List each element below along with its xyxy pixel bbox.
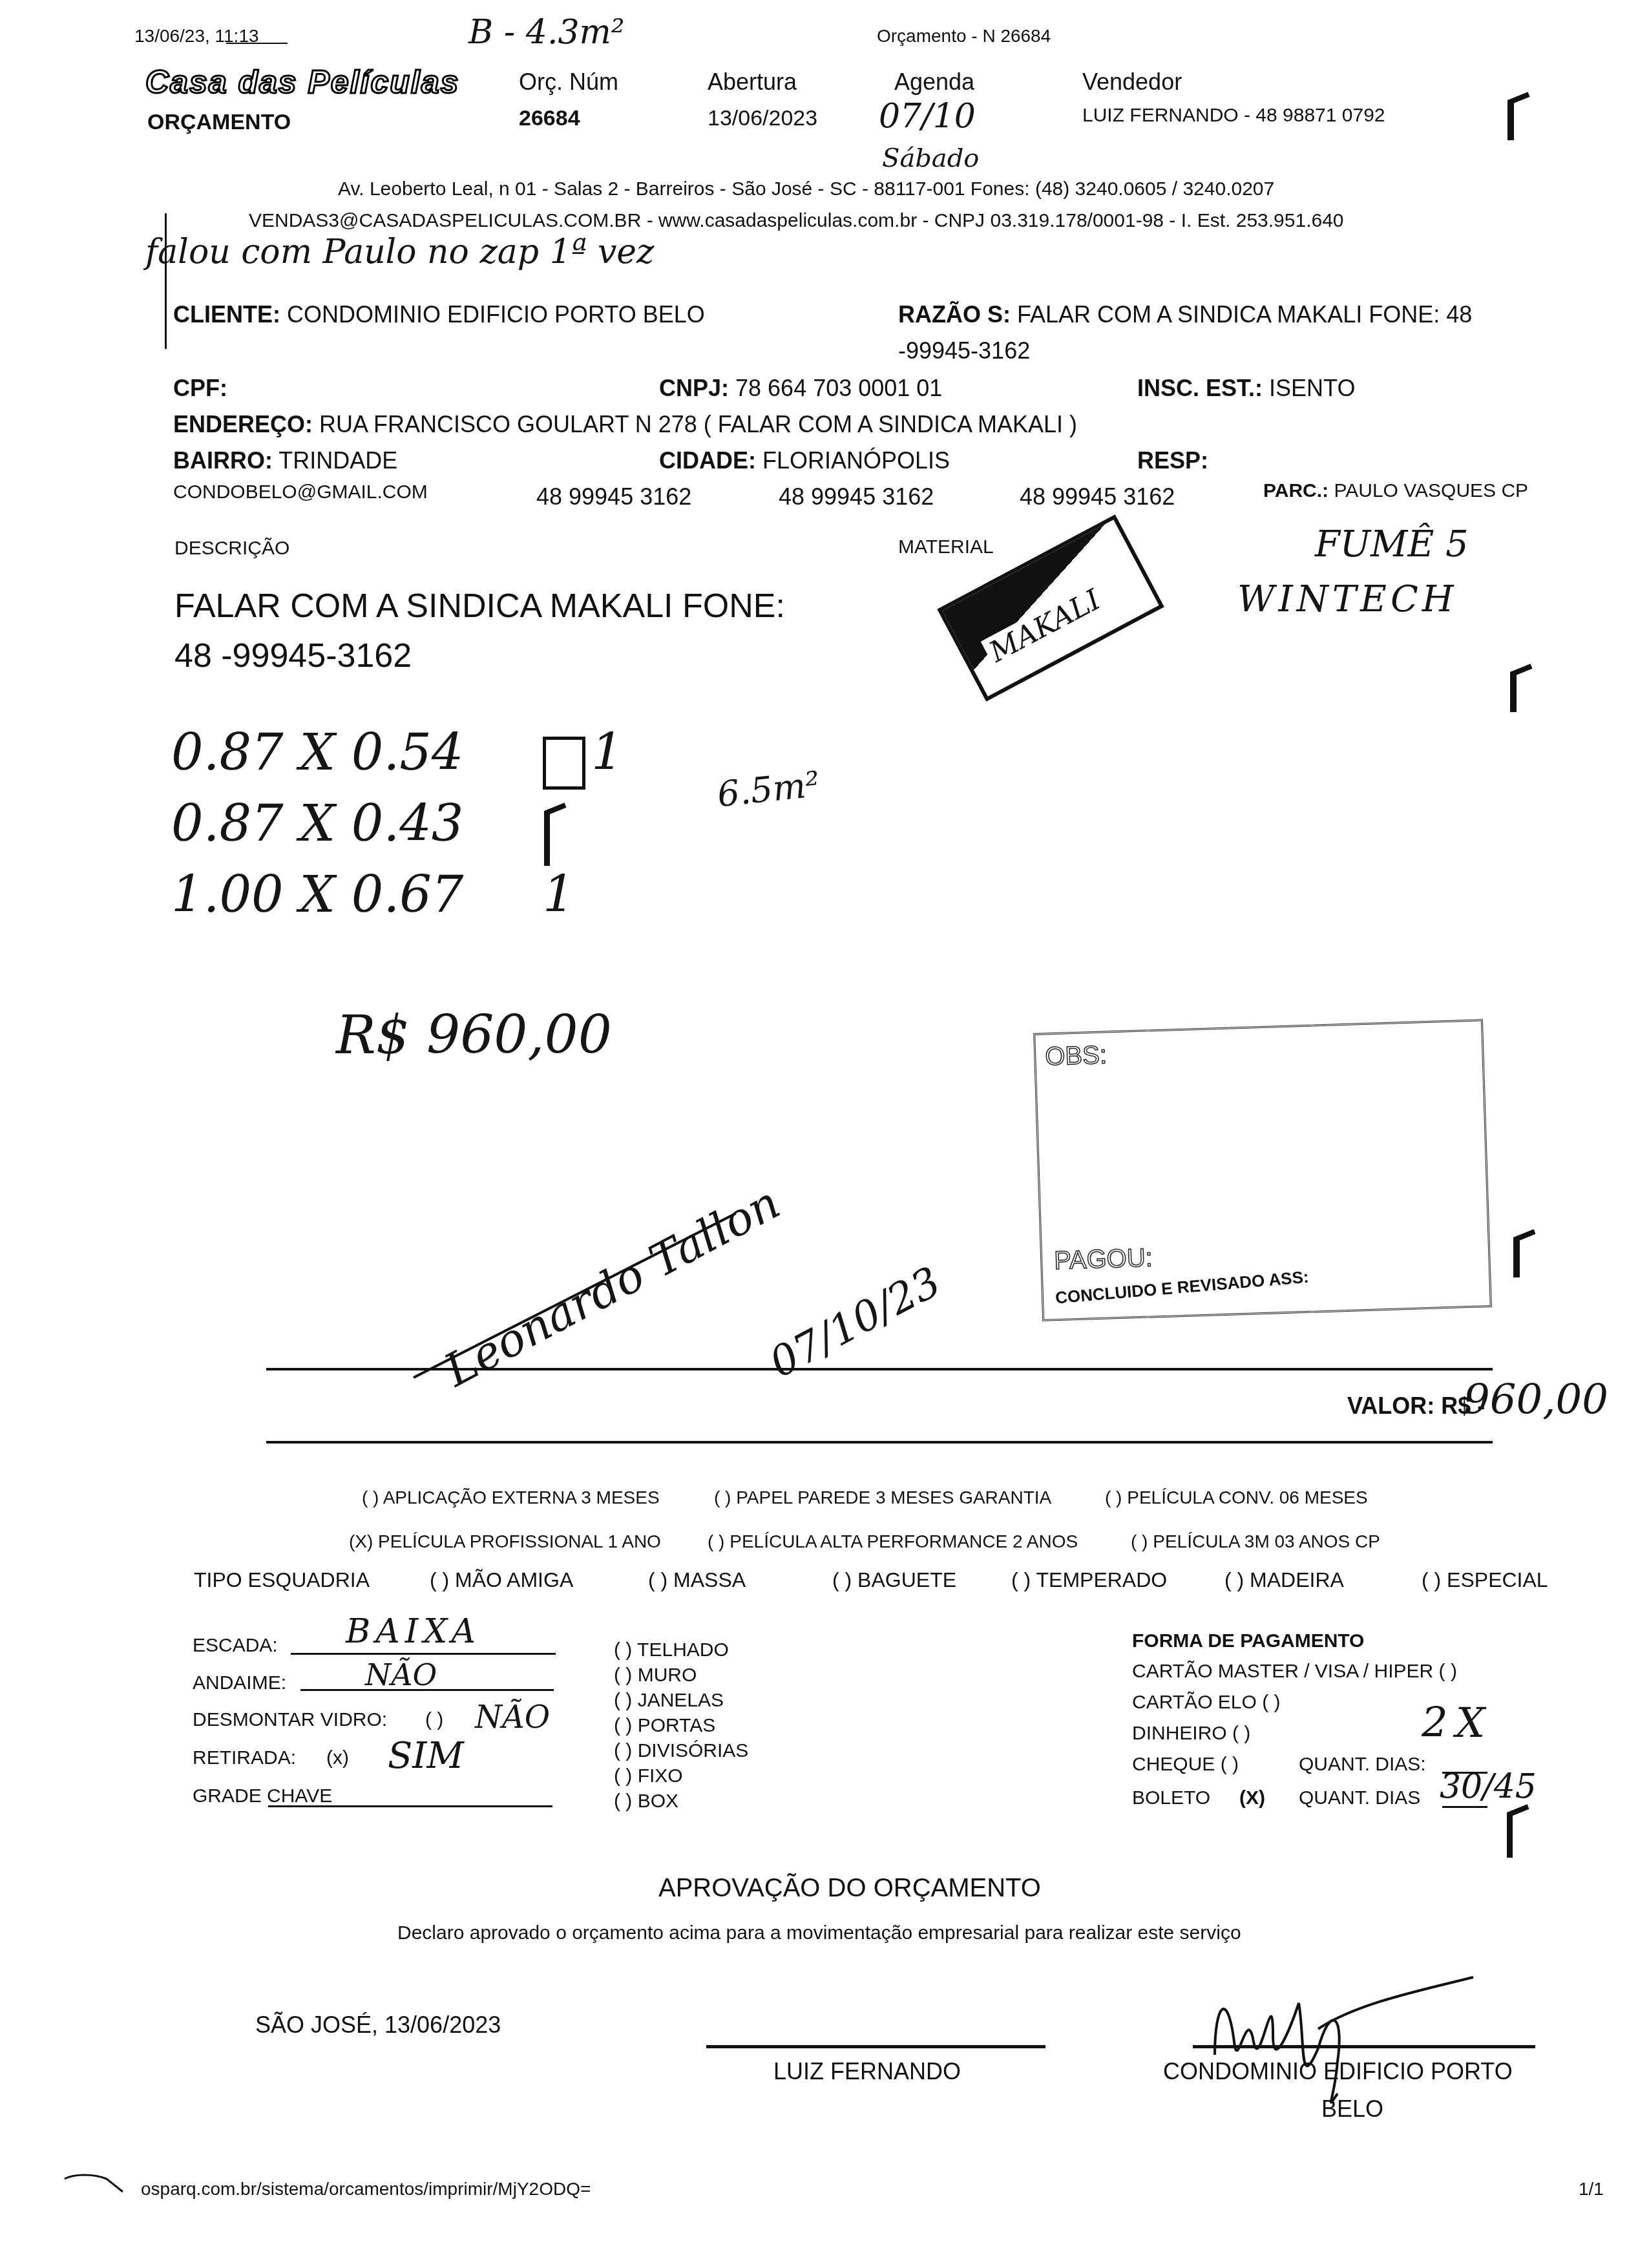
location-option[interactable]: ( ) BOX [614,1790,678,1812]
check-mark-icon [544,811,550,866]
orc-num-label: Orç. Núm [519,68,618,96]
measurement-3: 1.00 X 0.67 [171,866,463,924]
esquadria-option[interactable]: ( ) TEMPERADO [1011,1568,1167,1592]
checkbox-icon [543,737,585,790]
measurement-1: 0.87 X 0.54 [171,724,463,782]
company-contact: VENDAS3@CASADASPELICULAS.COM.BR - www.ca… [249,210,1344,232]
cheque-days-label: QUANT. DIAS: [1299,1754,1426,1776]
esquadria-option[interactable]: ( ) MASSA [648,1568,746,1592]
payment-cheque[interactable]: CHEQUE ( ) [1132,1754,1239,1776]
endereco-value: RUA FRANCISCO GOULART N 278 ( FALAR COM … [319,411,1077,437]
scribble-line [226,43,288,44]
check-mark-icon [1507,100,1514,140]
boleto-days-label: QUANT. DIAS [1299,1787,1420,1809]
seller-signature-line [706,2045,1045,2048]
abertura-value: 13/06/2023 [708,106,817,131]
check-mark-icon [1510,672,1517,712]
payment-boleto[interactable]: BOLETO [1132,1787,1210,1809]
esquadria-option[interactable]: ( ) MÃO AMIGA [430,1568,573,1592]
escada-line [291,1653,556,1655]
boleto-checkbox[interactable]: (X) [1239,1787,1265,1809]
company-logo: Casa das Películas [145,63,459,101]
handwritten-desmontar: NÃO [475,1699,550,1736]
print-title: Orçamento - N 26684 [877,26,1051,47]
location-option[interactable]: ( ) DIVISÓRIAS [614,1740,748,1762]
payment-cartao-master[interactable]: CARTÃO MASTER / VISA / HIPER ( ) [1132,1661,1457,1683]
client-phone-3: 48 99945 3162 [1020,483,1175,510]
check-mark-icon [1513,1237,1520,1277]
handwritten-valor: 960,00 [1464,1376,1608,1424]
cidade-field: CIDADE: FLORIANÓPOLIS [659,447,950,474]
divider-line [266,1368,1493,1370]
handwritten-contact-note: falou com Paulo no zap 1ª vez [145,233,655,271]
desmontar-checkbox[interactable]: ( ) [425,1709,443,1731]
location-option[interactable]: ( ) JANELAS [614,1690,724,1712]
location-option[interactable]: ( ) TELHADO [614,1639,729,1661]
location-option[interactable]: ( ) MURO [614,1664,697,1686]
desmontar-label: DESMONTAR VIDRO: [193,1709,387,1731]
location-option[interactable]: ( ) PORTAS [614,1715,715,1737]
insc-field: INSC. EST.: ISENTO [1137,375,1355,402]
esquadria-label: TIPO ESQUADRIA [194,1568,370,1592]
cliente-value: CONDOMINIO EDIFICIO PORTO BELO [287,301,705,328]
esquadria-option[interactable]: ( ) MADEIRA [1224,1568,1344,1592]
location-option[interactable]: ( ) FIXO [614,1765,683,1787]
signature-stroke [413,1212,737,1379]
divider-line [266,1441,1493,1444]
handwritten-total-area: 6.5m² [715,764,821,815]
description-line-1: FALAR COM A SINDICA MAKALI FONE: [174,587,785,625]
vendedor-label: Vendedor [1082,68,1182,96]
payment-title: FORMA DE PAGAMENTO [1132,1630,1364,1652]
client-phone-2: 48 99945 3162 [779,483,934,510]
approval-place-date: SÃO JOSÉ, 13/06/2023 [255,2011,501,2039]
warranty-option[interactable]: ( ) PELÍCULA ALTA PERFORMANCE 2 ANOS [708,1531,1078,1552]
handwritten-material-spec-2: WINTECH [1237,578,1458,620]
andaime-label: ANDAIME: [193,1672,286,1694]
warranty-option[interactable]: ( ) PAPEL PAREDE 3 MESES GARANTIA [714,1487,1051,1508]
handwritten-agenda-day: Sábado [882,143,979,173]
description-line-2: 48 -99945-3162 [174,636,412,675]
client-email: CONDOBELO@GMAIL.COM [173,481,428,503]
handwritten-escada[interactable]: BAIXA [346,1612,481,1651]
vendedor-value: LUIZ FERNANDO - 48 98871 0792 [1082,105,1385,127]
handwritten-signature-name: Leonardo Tallon [436,1176,788,1397]
measurement-2: 0.87 X 0.43 [171,795,463,853]
razao-value: FALAR COM A SINDICA MAKALI FONE: 48 [1017,301,1472,328]
resp-label: RESP: [1137,447,1208,474]
handwritten-andaime[interactable]: NÃO [365,1657,437,1692]
razao-value-cont: -99945-3162 [898,337,1030,364]
handwritten-installments: 2X [1422,1699,1493,1747]
escada-label: ESCADA: [193,1635,278,1657]
obs-box: OBS: PAGOU: CONCLUIDO E REVISADO ASS: [1033,1019,1492,1321]
retirada-label: RETIRADA: [193,1747,296,1769]
cidade-value: FLORIANÓPOLIS [762,447,950,474]
grade-chave-label: GRADE CHAVE [193,1785,332,1807]
client-signature-scribble [1189,1964,1538,2113]
agenda-label: Agenda [894,68,974,96]
insc-value: ISENTO [1269,375,1355,401]
boleto-days-line [1442,1806,1487,1808]
bairro-value: TRINDADE [278,447,397,474]
handwritten-price: R$ 960,00 [336,1005,612,1066]
handwritten-boleto-days: 30/45 [1440,1767,1537,1806]
handwritten-material-spec-1: FUMÊ 5 [1315,523,1469,565]
cnpj-field: CNPJ: 78 664 703 0001 01 [659,375,942,402]
cpf-label: CPF: [173,375,227,402]
footer-url[interactable]: osparq.com.br/sistema/orcamentos/imprimi… [141,2179,591,2200]
bairro-field: BAIRRO: TRINDADE [173,447,397,474]
obs-label: OBS: [1045,1040,1108,1071]
measurement-qty-1: 1 [591,724,624,782]
esquadria-option[interactable]: ( ) BAGUETE [832,1568,956,1592]
check-mark-icon [1507,1812,1513,1858]
handwritten-area-note: B - 4.3m² [468,13,625,52]
orc-num-value: 26684 [519,106,580,131]
razao-field: RAZÃO S: FALAR COM A SINDICA MAKALI FONE… [898,301,1472,328]
measurement-qty-3: 1 [543,866,575,924]
esquadria-option[interactable]: ( ) ESPECIAL [1422,1568,1548,1592]
abertura-label: Abertura [708,68,797,96]
parc-field: PARC.: PAULO VASQUES CP [1263,480,1528,502]
doc-type-title: ORÇAMENTO [147,110,291,135]
descricao-label: DESCRIÇÃO [174,538,289,560]
cnpj-value: 78 664 703 0001 01 [735,375,942,401]
footer-page-number: 1/1 [1579,2179,1604,2200]
parc-value: PAULO VASQUES CP [1334,480,1528,501]
endereco-field: ENDEREÇO: RUA FRANCISCO GOULART N 278 ( … [173,411,1077,438]
warranty-option[interactable]: ( ) APLICAÇÃO EXTERNA 3 MESES [362,1487,660,1508]
payment-cartao-elo[interactable]: CARTÃO ELO ( ) [1132,1692,1280,1714]
payment-dinheiro[interactable]: DINHEIRO ( ) [1132,1723,1250,1745]
approval-declaration: Declaro aprovado o orçamento acima para … [397,1922,1241,1944]
retirada-checkbox[interactable]: (x) [326,1747,349,1769]
company-address: Av. Leoberto Leal, n 01 - Salas 2 - Barr… [338,178,1274,200]
warranty-option[interactable]: ( ) PELÍCULA CONV. 06 MESES [1105,1487,1368,1508]
pagou-label: PAGOU: [1054,1243,1153,1276]
approval-title: APROVAÇÃO DO ORÇAMENTO [658,1874,1041,1903]
material-label: MATERIAL [898,536,994,558]
client-phone-1: 48 99945 3162 [536,483,691,510]
warranty-option[interactable]: ( ) PELÍCULA 3M 03 ANOS CP [1131,1531,1380,1552]
bracket-line [165,213,167,349]
handwritten-retirada: SIM [388,1735,464,1777]
warranty-option-checked[interactable]: (X) PELÍCULA PROFISSIONAL 1 ANO [349,1531,661,1552]
cliente-field: CLIENTE: CONDOMINIO EDIFICIO PORTO BELO [173,301,705,328]
grade-chave-line [268,1805,552,1807]
handwritten-agenda-date: 07/10 [879,97,976,136]
scan-artifact-icon [61,2172,132,2198]
seller-signature-name: LUIZ FERNANDO [773,2058,961,2085]
